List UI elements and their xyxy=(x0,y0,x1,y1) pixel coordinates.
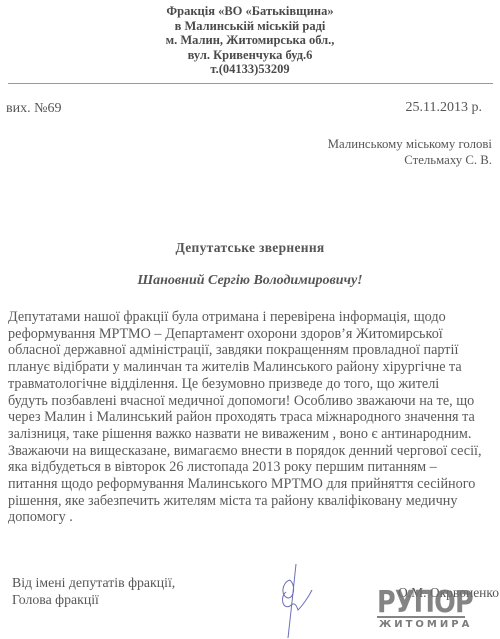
letterhead-line: Фракція «ВО «Батьківщина» xyxy=(0,4,500,19)
outgoing-number: вих. №69 xyxy=(6,101,61,117)
body-line: рішення, яке забезпечить жителям міста т… xyxy=(8,493,496,510)
letterhead-line: вул. Кривенчука буд.6 xyxy=(0,48,500,63)
body-line: залізниця, таке рішення важко назвати не… xyxy=(8,426,496,443)
body-line: реформування МРТМО – Департамент охорони… xyxy=(8,326,496,343)
body-line: яка відбудеться в вівторок 26 листопада … xyxy=(8,459,496,476)
letterhead-line: м. Малин, Житомирська обл., xyxy=(0,33,500,48)
body-line: допомогу . xyxy=(8,509,496,526)
greeting: Шановний Сергію Володимировичу! xyxy=(0,273,500,289)
body-line: травматологічне відділення. Це безумовно… xyxy=(8,376,496,393)
body-line: питання щодо реформування Малинського МР… xyxy=(8,476,496,493)
body-line: будуть позбавлені вчасної медичної допом… xyxy=(8,393,496,410)
signature-icon xyxy=(268,562,328,639)
closing-role: Голова фракції xyxy=(12,591,175,608)
watermark-bar xyxy=(377,616,465,618)
letter-date: 25.11.2013 р. xyxy=(406,100,482,116)
body-line: Депутатами нашої фракції була отримана і… xyxy=(8,309,496,326)
body-line: Зважаючи на вищесказане, вимагаємо внест… xyxy=(8,443,496,460)
body-line: планує відібрати у малинчан та жителів М… xyxy=(8,359,496,376)
letterhead-line: в Малинській міській раді xyxy=(0,19,500,34)
letter-body: Депутатами нашої фракції була отримана і… xyxy=(8,309,496,526)
letterhead: Фракція «ВО «Батьківщина» в Малинській м… xyxy=(0,4,500,77)
addressee: Малинському міському голові Стельмаху С.… xyxy=(328,136,492,168)
closing-line: Від імені депутатів фракції, xyxy=(12,574,175,591)
letterhead-line: т.(04133)53209 xyxy=(0,62,500,77)
watermark-logo: РУПОР ЖИТОМИРА xyxy=(377,588,467,638)
closing: Від імені депутатів фракції, Голова фрак… xyxy=(12,574,175,608)
watermark-sub: ЖИТОМИРА xyxy=(379,619,472,630)
body-line: через Малин і Малинський район проходять… xyxy=(8,409,496,426)
addressee-title: Малинському міському голові xyxy=(328,136,492,152)
addressee-name: Стельмаху С. В. xyxy=(328,152,492,168)
letterhead-divider xyxy=(8,83,493,84)
body-line: обласної державної адміністрації, завдяк… xyxy=(8,342,496,359)
watermark-main: РУПОР xyxy=(377,588,473,618)
document-title: Депутатське звернення xyxy=(0,240,500,256)
